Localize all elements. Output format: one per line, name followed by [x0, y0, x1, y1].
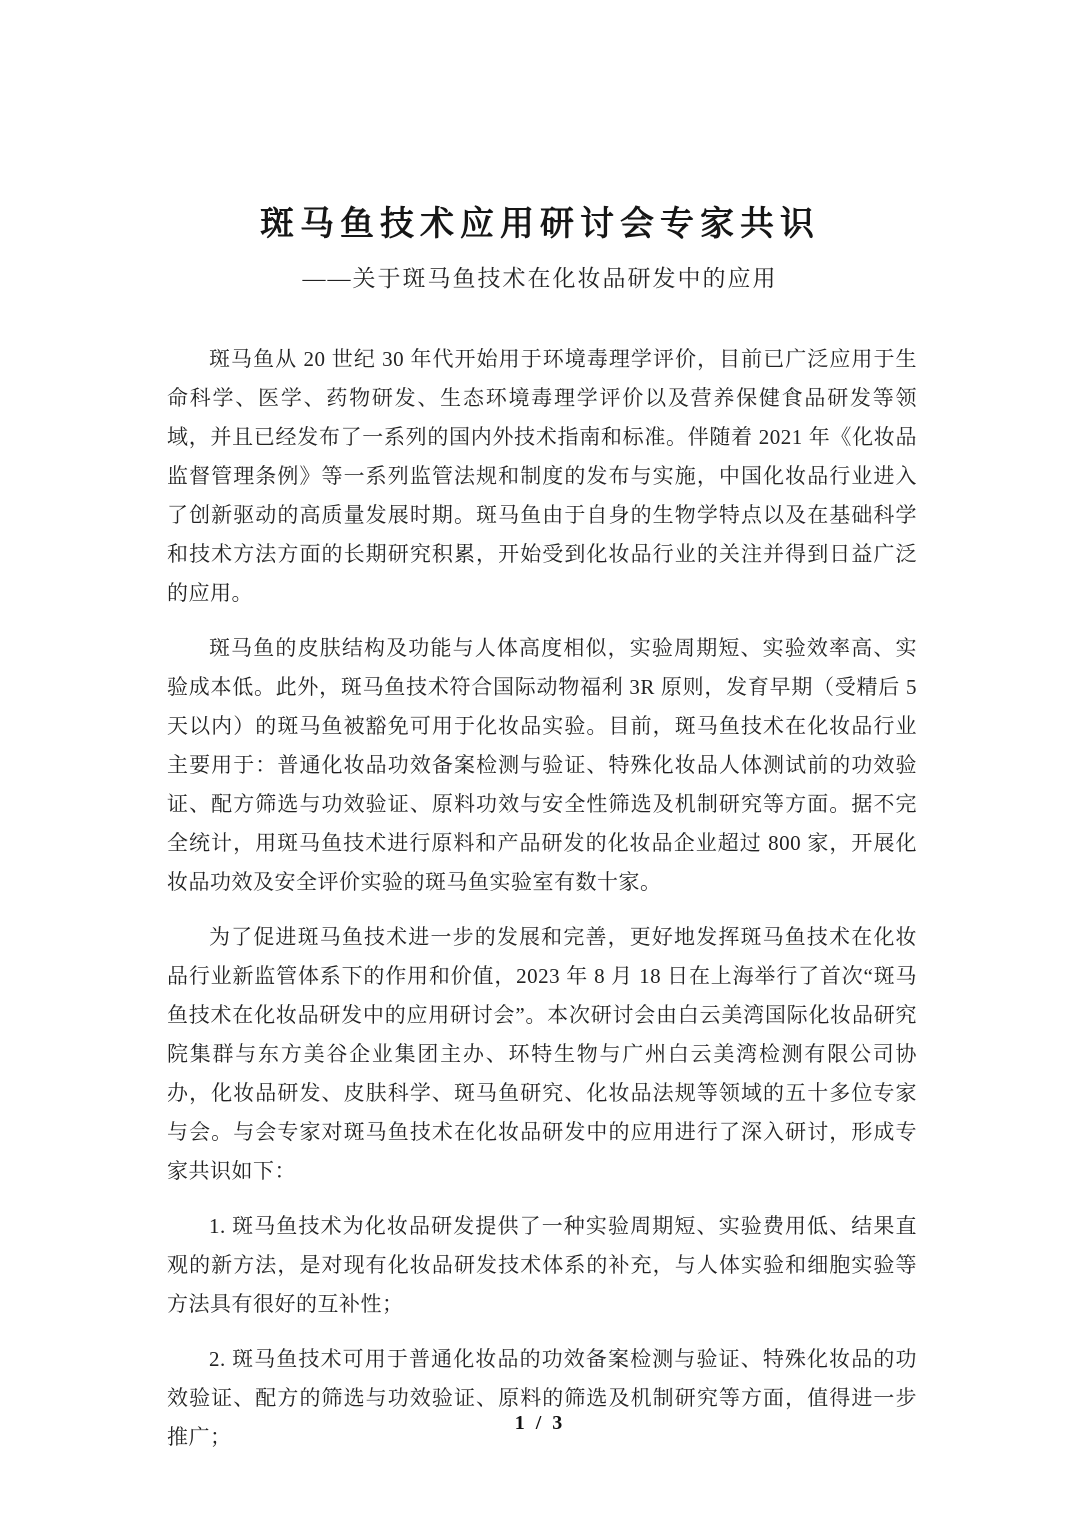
- document-subtitle: ——关于斑马鱼技术在化妆品研发中的应用: [0, 262, 1080, 296]
- consensus-item-1: 1. 斑马鱼技术为化妆品研发提供了一种实验周期短、实验费用低、结果直观的新方法，…: [167, 1207, 917, 1324]
- paragraph-advantages: 斑马鱼的皮肤结构及功能与人体高度相似，实验周期短、实验效率高、实验成本低。此外，…: [167, 629, 917, 902]
- document-title: 斑马鱼技术应用研讨会专家共识: [0, 0, 1080, 250]
- page-number: 1 / 3: [0, 1412, 1080, 1435]
- document-body: 斑马鱼从 20 世纪 30 年代开始用于环境毒理学评价，目前已广泛应用于生命科学…: [167, 340, 917, 1457]
- document-page: 斑马鱼技术应用研讨会专家共识 ——关于斑马鱼技术在化妆品研发中的应用 斑马鱼从 …: [0, 0, 1080, 1526]
- consensus-item-2: 2. 斑马鱼技术可用于普通化妆品的功效备案检测与验证、特殊化妆品的功效验证、配方…: [167, 1340, 917, 1457]
- paragraph-symposium: 为了促进斑马鱼技术进一步的发展和完善，更好地发挥斑马鱼技术在化妆品行业新监管体系…: [167, 918, 917, 1191]
- paragraph-intro: 斑马鱼从 20 世纪 30 年代开始用于环境毒理学评价，目前已广泛应用于生命科学…: [167, 340, 917, 613]
